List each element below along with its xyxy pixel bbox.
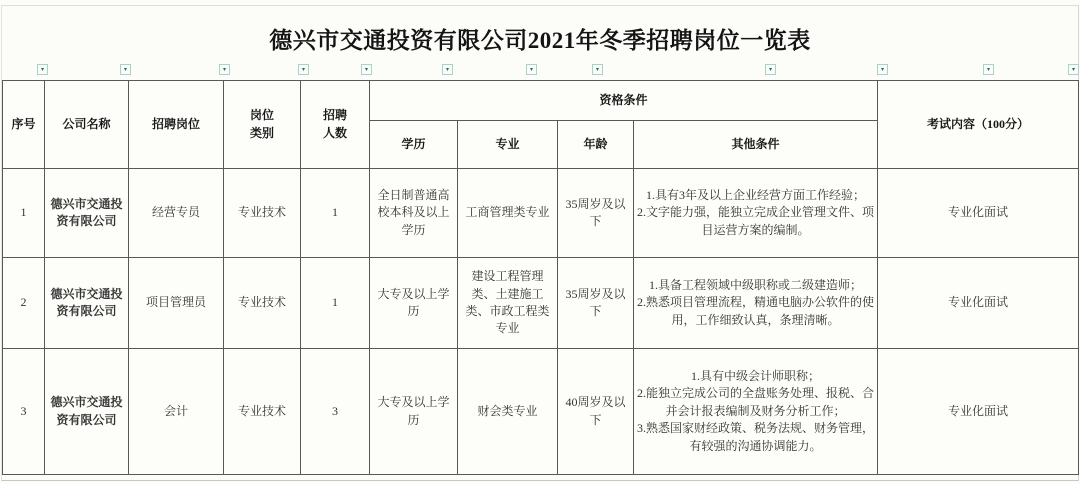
cell-serial: 3 — [3, 349, 45, 475]
cell-education: 大专及以上学历 — [370, 349, 458, 475]
col-header-exam: 考试内容（100分） — [878, 81, 1079, 169]
col-header-other: 其他条件 — [634, 121, 878, 169]
column-marker-icon: ▾ — [37, 64, 48, 75]
col-header-category: 岗位 类别 — [224, 81, 301, 169]
cell-exam: 专业化面试 — [878, 258, 1079, 349]
column-marker-icon: ▾ — [1068, 64, 1079, 75]
cell-company: 德兴市交通投资有限公司 — [45, 349, 129, 475]
column-marker-icon: ▾ — [442, 64, 453, 75]
cell-count: 1 — [301, 169, 370, 258]
table-row: 2 德兴市交通投资有限公司 项目管理员 专业技术 1 大专及以上学历 建设工程管… — [3, 258, 1079, 349]
cell-exam: 专业化面试 — [878, 349, 1079, 475]
col-header-qualification: 资格条件 — [370, 81, 878, 121]
column-marker-icon: ▾ — [592, 64, 603, 75]
cell-position: 经营专员 — [129, 169, 224, 258]
cell-count: 3 — [301, 349, 370, 475]
col-header-age: 年龄 — [558, 121, 634, 169]
col-header-major: 专业 — [458, 121, 558, 169]
cell-category: 专业技术 — [224, 349, 301, 475]
table-row: 1 德兴市交通投资有限公司 经营专员 专业技术 1 全日制普通高校本科及以上学历… — [3, 169, 1079, 258]
cell-position: 会计 — [129, 349, 224, 475]
cell-serial: 1 — [3, 169, 45, 258]
cell-category: 专业技术 — [224, 258, 301, 349]
table-row: 3 德兴市交通投资有限公司 会计 专业技术 3 大专及以上学历 财会类专业 40… — [3, 349, 1079, 475]
col-header-count: 招聘 人数 — [301, 81, 370, 169]
cell-category: 专业技术 — [224, 169, 301, 258]
col-header-position: 招聘岗位 — [129, 81, 224, 169]
cell-age: 35周岁及以下 — [558, 169, 634, 258]
cell-age: 40周岁及以下 — [558, 349, 634, 475]
document-page: 德兴市交通投资有限公司2021年冬季招聘岗位一览表 ▾▾▾▾▾▾▾▾▾▾▾▾ 序… — [0, 0, 1080, 483]
cell-age: 35周岁及以下 — [558, 258, 634, 349]
recruitment-table: 序号 公司名称 招聘岗位 岗位 类别 招聘 人数 资格条件 考试内容（100分）… — [2, 80, 1079, 475]
cell-major: 工商管理类专业 — [458, 169, 558, 258]
cell-company: 德兴市交通投资有限公司 — [45, 169, 129, 258]
column-marker-icon: ▾ — [877, 64, 888, 75]
cell-major: 财会类专业 — [458, 349, 558, 475]
cell-serial: 2 — [3, 258, 45, 349]
column-marker-icon: ▾ — [983, 64, 994, 75]
col-header-education: 学历 — [370, 121, 458, 169]
cell-company: 德兴市交通投资有限公司 — [45, 258, 129, 349]
cell-education: 全日制普通高校本科及以上学历 — [370, 169, 458, 258]
column-marker-icon: ▾ — [219, 64, 230, 75]
cell-other-conditions: 1.具备工程领域中级职称或二级建造师； 2.熟悉项目管理流程，精通电脑办公软件的… — [634, 258, 878, 349]
column-marker-icon: ▾ — [765, 64, 776, 75]
column-marker-icon: ▾ — [526, 64, 537, 75]
col-header-serial: 序号 — [3, 81, 45, 169]
cell-other-conditions: 1.具有中级会计师职称； 2.能独立完成公司的全盘账务处理、报税、合并会计报表编… — [634, 349, 878, 475]
column-marker-icon: ▾ — [120, 64, 131, 75]
cell-major: 建设工程管理类、土建施工类、市政工程类专业 — [458, 258, 558, 349]
cell-position: 项目管理员 — [129, 258, 224, 349]
cell-education: 大专及以上学历 — [370, 258, 458, 349]
column-marker-icon: ▾ — [361, 64, 372, 75]
column-marker-icon: ▾ — [298, 64, 309, 75]
cell-exam: 专业化面试 — [878, 169, 1079, 258]
cell-count: 1 — [301, 258, 370, 349]
page-title: 德兴市交通投资有限公司2021年冬季招聘岗位一览表 — [0, 22, 1080, 55]
col-header-company: 公司名称 — [45, 81, 129, 169]
cell-other-conditions: 1.具有3年及以上企业经营方面工作经验； 2.文字能力强，能独立完成企业管理文件… — [634, 169, 878, 258]
